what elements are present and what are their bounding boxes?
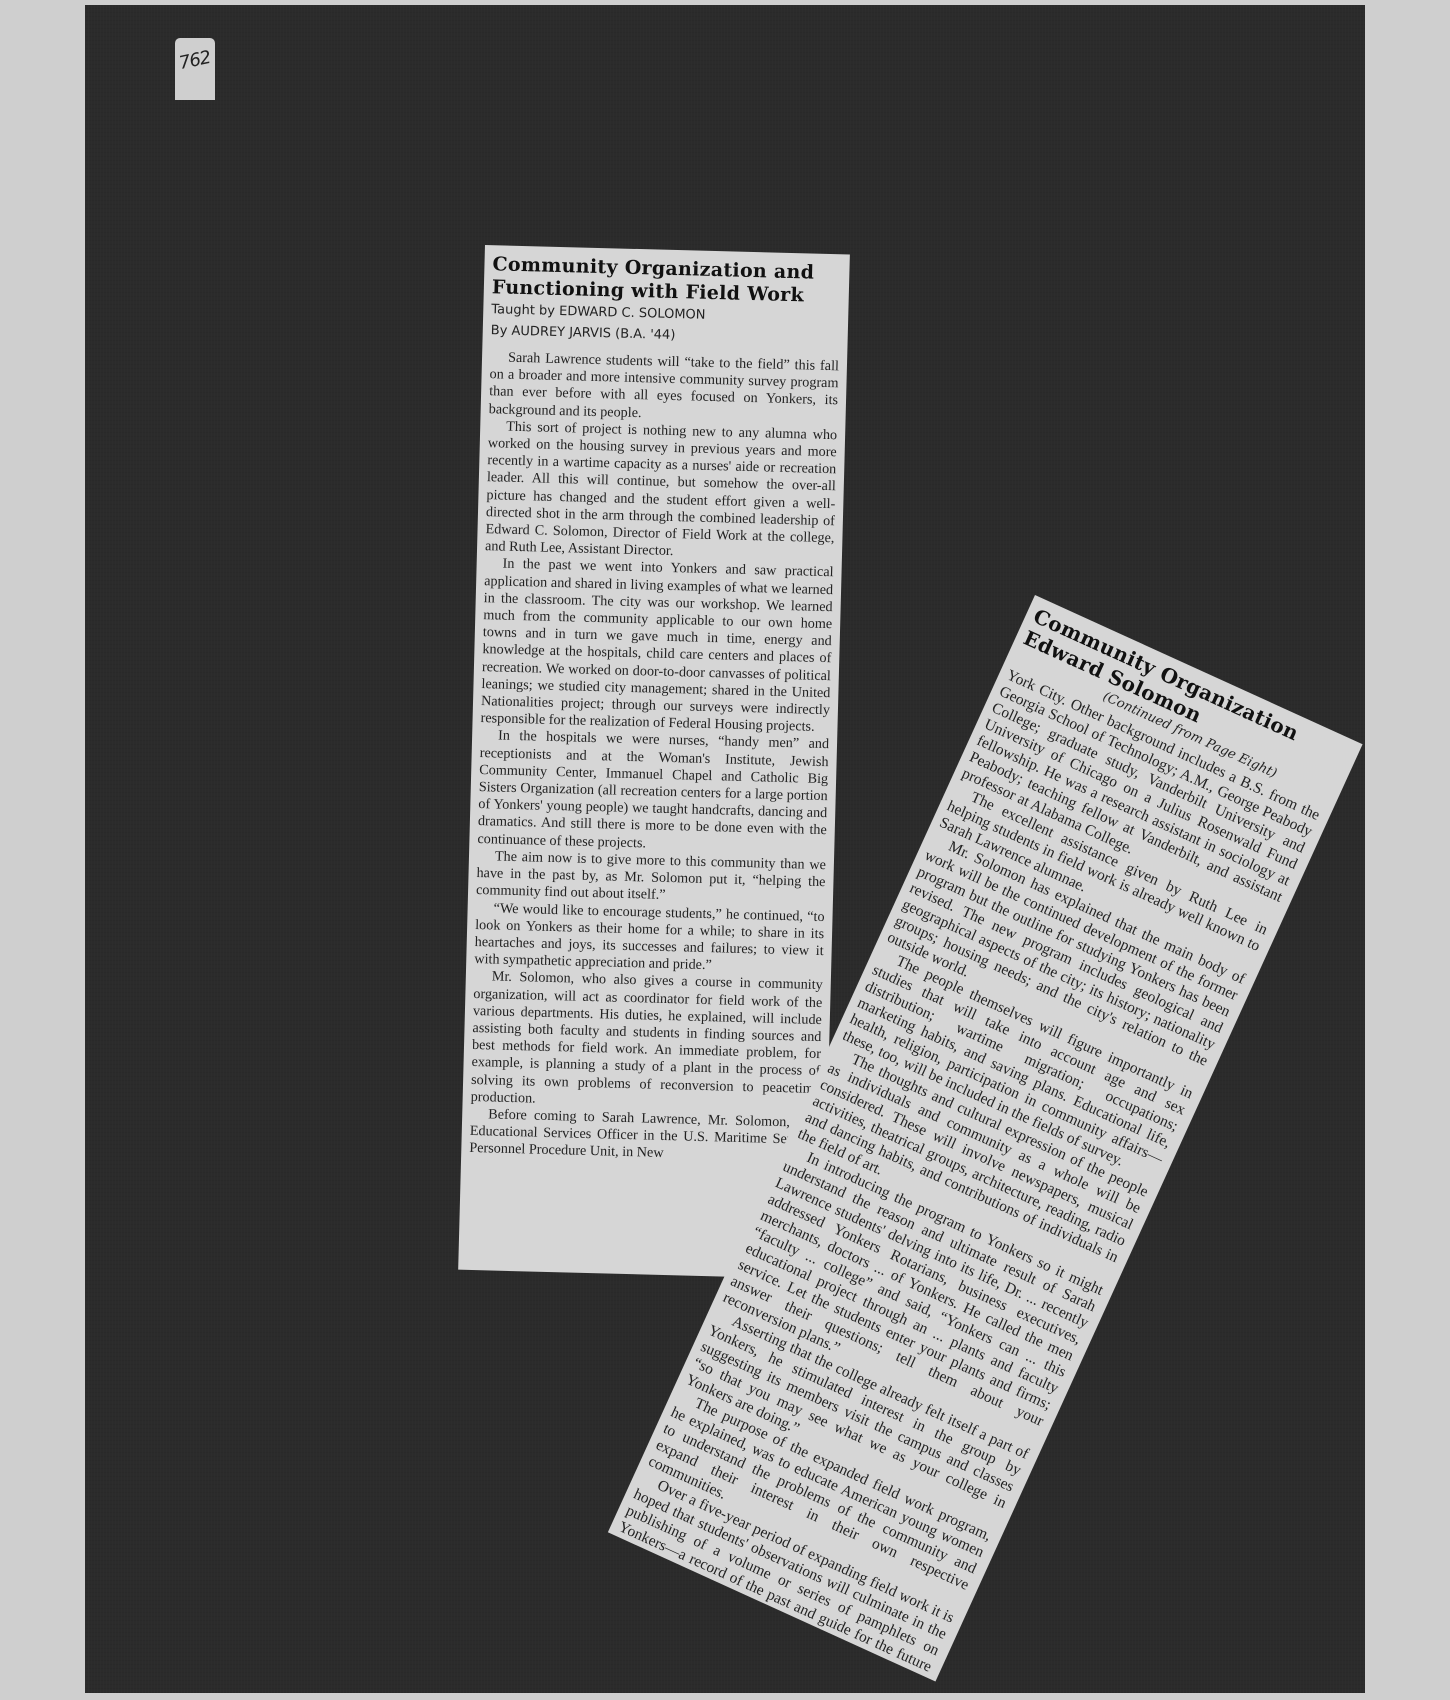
article-paragraph: Before coming to Sarah Lawrence, Mr. Sol… (469, 1106, 819, 1167)
article-paragraph: Mr. Solomon, who also gives a course in … (470, 968, 822, 1115)
article-paragraph: The aim now is to give more to this comm… (476, 848, 826, 909)
article-paragraph: In the hospitals we were nurses, “handy … (477, 728, 829, 858)
page-number: 762 (177, 47, 212, 74)
article-paragraph: In the past we went into Yonkers and saw… (480, 556, 833, 737)
article-paragraph: Sarah Lawrence students will “take to th… (488, 349, 839, 427)
article-paragraph: “We would like to encourage students,” h… (474, 899, 825, 977)
main-article-clipping: Community Organization and Functioning w… (458, 245, 850, 1279)
article-paragraph: This sort of project is nothing new to a… (485, 418, 837, 565)
page-number-tag: 762 (175, 38, 215, 100)
article-body: Sarah Lawrence students will “take to th… (469, 349, 839, 1166)
